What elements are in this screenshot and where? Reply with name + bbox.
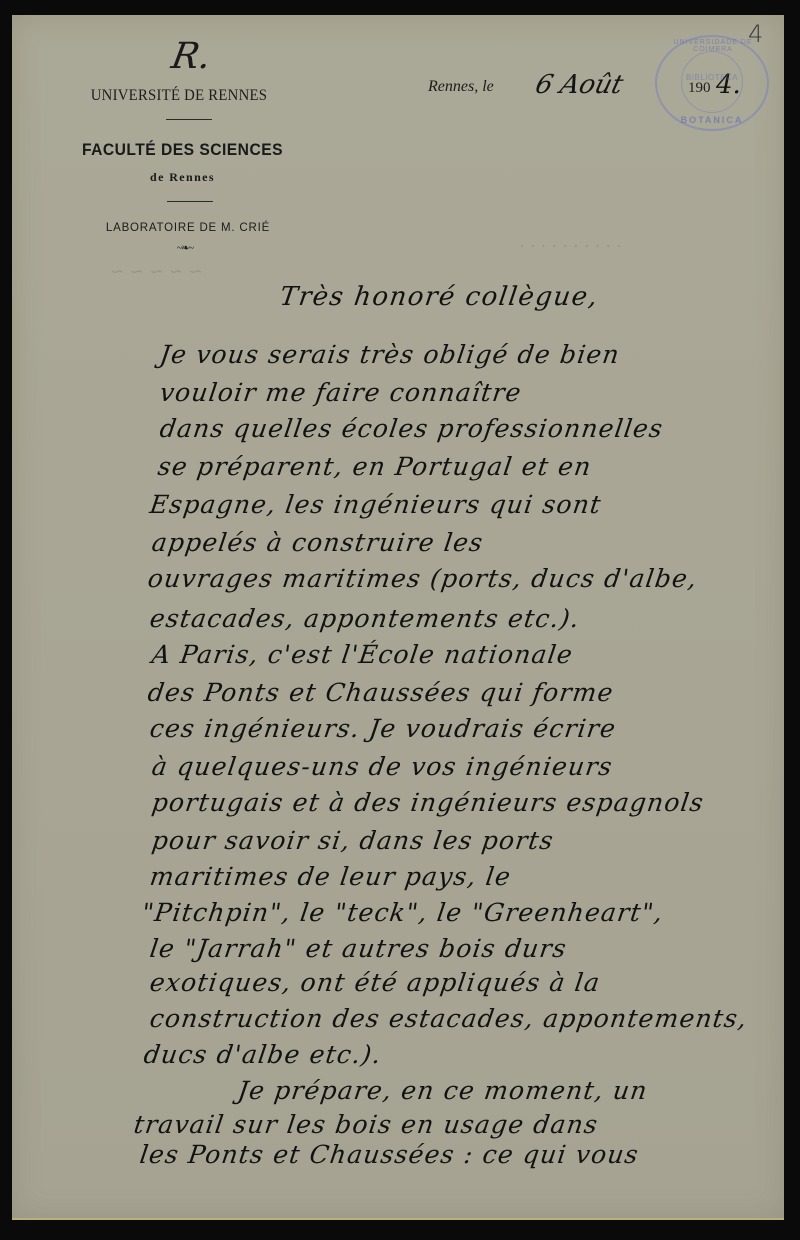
bleed-through-text: . . . . . . . . . . [518, 232, 625, 252]
letter-line: exotiques, ont été appliqués à la [148, 968, 792, 997]
letter-line: Je prépare, en ce moment, un [236, 1076, 800, 1105]
stamp-bottom-text: BOTANICA [667, 115, 757, 125]
letter-line: ces ingénieurs. Je voudrais écrire [148, 714, 792, 743]
letter-line: à quelques-uns de vos ingénieurs [150, 752, 794, 781]
letterhead-divider [167, 201, 213, 202]
letter-line: estacades, appontements etc.). [148, 604, 792, 633]
letter-line: se préparent, en Portugal et en [156, 452, 800, 481]
stamp-inner-ring [681, 51, 743, 113]
letter-line: ouvrages maritimes (ports, ducs d'albe, [146, 564, 790, 593]
letter-line: appelés à construire les [150, 528, 794, 557]
letter-line: construction des estacades, appontements… [148, 1004, 792, 1033]
bleed-through-text: ~ ~ ~ ~ ~ [108, 262, 205, 282]
letter-line: A Paris, c'est l'École nationale [150, 640, 794, 669]
letter-line: le "Jarrah" et autres bois durs [148, 934, 792, 963]
university-name: UNIVERSITÉ DE RENNES [82, 87, 275, 105]
laboratory-name: LABORATOIRE DE M. CRIÉ [68, 222, 308, 234]
letter-line: ducs d'albe etc.). [142, 1040, 786, 1069]
salutation: Très honoré collègue, [278, 282, 601, 312]
letter-line: "Pitchpin", le "teck", le "Greenheart", [140, 898, 784, 927]
faculty-name: FACULTÉ DES SCIENCES [70, 140, 295, 160]
letter-line: des Ponts et Chaussées qui forme [146, 678, 790, 707]
letter-line: Espagne, les ingénieurs qui sont [148, 490, 792, 519]
letter-line: vouloir me faire connaître [158, 378, 800, 407]
faculty-city: de Rennes [60, 170, 305, 185]
archive-mark: R. [168, 36, 214, 77]
place-label: Rennes, le [428, 78, 494, 96]
letter-line: pour savoir si, dans les ports [150, 826, 794, 855]
letter-line: les Ponts et Chaussées : ce qui vous [138, 1140, 782, 1169]
ornament-icon: ~❧~ [140, 243, 230, 254]
date-handwritten: 6 Août [532, 70, 626, 100]
letter-line: travail sur les bois en usage dans [132, 1110, 776, 1139]
letter-line: Je vous serais très obligé de bien [158, 340, 800, 369]
letterhead-divider [166, 119, 212, 120]
library-stamp: UNIVERSIDADE DE COIMBRA BIBLIOTECA BOTAN… [655, 35, 769, 131]
letter-line: dans quelles écoles professionnelles [158, 414, 800, 443]
letter-line: portugais et à des ingénieurs espagnols [150, 788, 794, 817]
folio-number: 4 [748, 20, 763, 48]
letter-line: maritimes de leur pays, le [148, 862, 792, 891]
stamp-center-text: BIBLIOTECA [677, 73, 747, 82]
